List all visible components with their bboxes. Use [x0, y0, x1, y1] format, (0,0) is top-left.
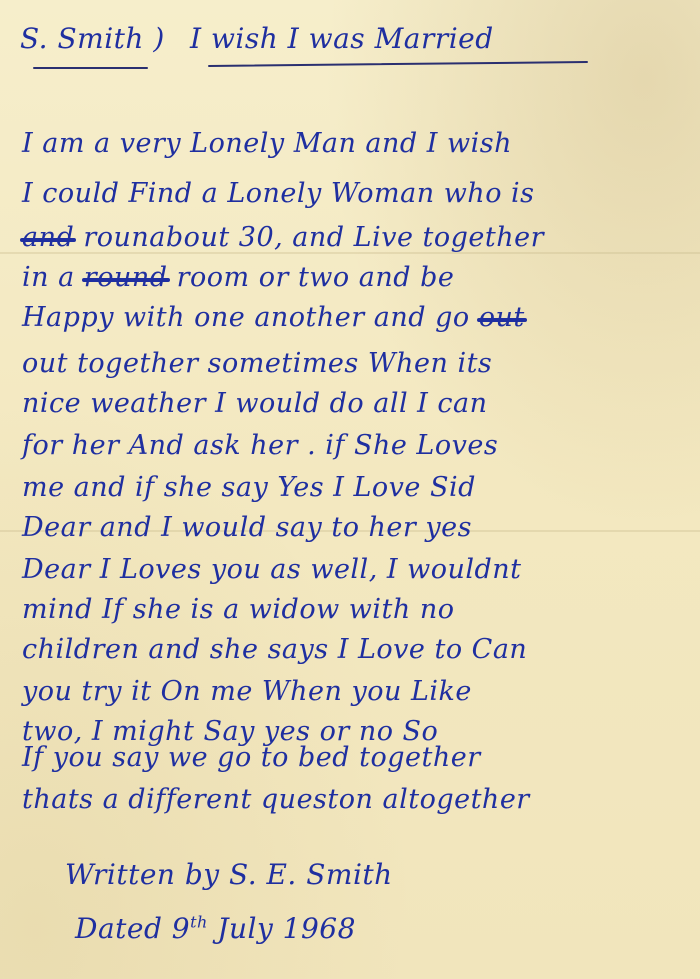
line-text: nice weather I would do all I can	[22, 388, 488, 419]
body-line: nice weather I would do all I can	[22, 388, 488, 419]
title-underline	[208, 61, 588, 67]
line-text: me and if she say Yes I Love Sid	[22, 472, 476, 503]
body-line: thats a different queston altogether	[22, 784, 530, 815]
line-text: room or two and be	[168, 262, 455, 293]
struck-word: out	[479, 302, 525, 333]
author-underline	[33, 67, 148, 69]
letter-page: S. Smith ) I wish I was Married I am a v…	[0, 0, 700, 979]
body-line: I could Find a Lonely Woman who is	[22, 178, 535, 209]
header-author: S. Smith )	[20, 22, 165, 55]
date-suffix: July 1968	[208, 912, 356, 945]
body-line: I am a very Lonely Man and I wish	[22, 128, 512, 159]
line-text: out together sometimes When its	[22, 348, 492, 379]
line-text: thats a different queston altogether	[22, 784, 530, 815]
signature-date: Dated 9th July 1968	[75, 912, 356, 945]
body-line: Dear and I would say to her yes	[22, 512, 472, 543]
date-ordinal: th	[190, 913, 208, 932]
body-line: Dear I Loves you as well, I wouldnt	[22, 554, 522, 585]
line-text: rounabout 30, and Live together	[74, 222, 544, 253]
signature-written-by: Written by S. E. Smith	[65, 858, 393, 891]
letter-title: I wish I was Married	[190, 22, 494, 55]
line-text: children and she says I Love to Can	[22, 634, 527, 665]
body-line: out together sometimes When its	[22, 348, 492, 379]
letter-header: S. Smith ) I wish I was Married	[0, 0, 700, 90]
struck-word: and	[22, 222, 74, 253]
body-line: mind If she is a widow with no	[22, 594, 455, 625]
line-text: If you say we go to bed together	[22, 742, 481, 773]
body-line: you try it On me When you Like	[22, 676, 472, 707]
body-line: for her And ask her . if She Loves	[22, 430, 498, 461]
line-text: I could Find a Lonely Woman who is	[22, 178, 535, 209]
line-text: Dear and I would say to her yes	[22, 512, 472, 543]
date-prefix: Dated 9	[75, 912, 190, 945]
line-text: mind If she is a widow with no	[22, 594, 455, 625]
body-line: and rounabout 30, and Live together	[22, 222, 544, 253]
body-line: children and she says I Love to Can	[22, 634, 527, 665]
line-text: Happy with one another and go	[22, 302, 470, 333]
line-text: in a	[22, 262, 84, 293]
line-text: for her And ask her . if She Loves	[22, 430, 498, 461]
body-line: in a round room or two and be	[22, 262, 454, 293]
body-line: If you say we go to bed together	[22, 742, 481, 773]
body-line: me and if she say Yes I Love Sid	[22, 472, 476, 503]
line-text: you try it On me When you Like	[22, 676, 472, 707]
line-text: Dear I Loves you as well, I wouldnt	[22, 554, 522, 585]
body-line: Happy with one another and go out	[22, 302, 525, 333]
struck-word: round	[84, 262, 168, 293]
line-text: I am a very Lonely Man and I wish	[22, 128, 512, 159]
